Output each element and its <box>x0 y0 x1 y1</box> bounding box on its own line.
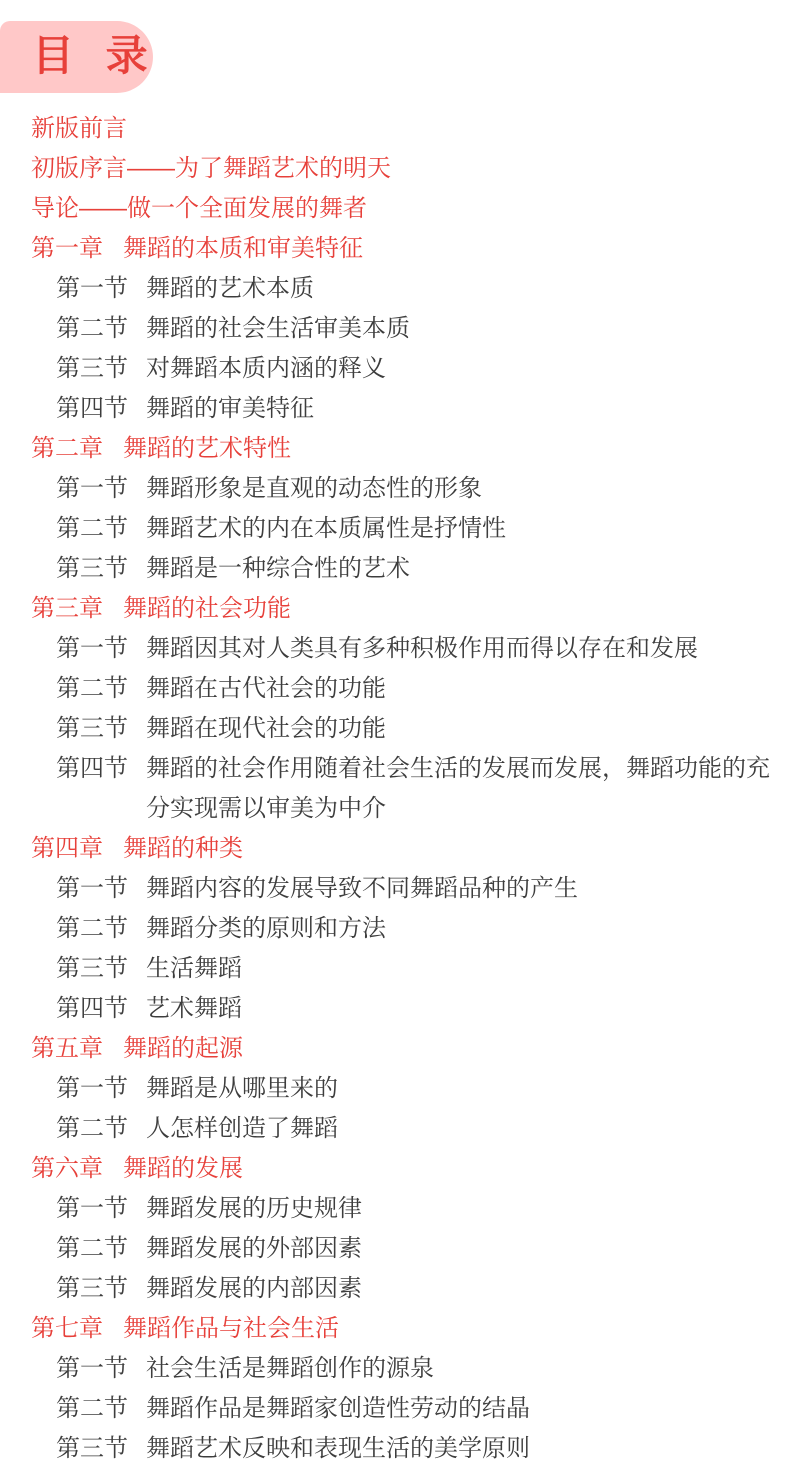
section-number-label: 第四节 <box>56 389 128 429</box>
chapter-number-label: 第七章 <box>31 1309 103 1349</box>
chapter-number-label: 第三章 <box>31 589 103 629</box>
section-entry: 第三节 舞蹈发展的内部因素 <box>0 1269 790 1309</box>
section-number-label: 第三节 <box>56 349 128 389</box>
section-title: 舞蹈在古代社会的功能 <box>146 669 386 709</box>
chapter-heading: 第七章 舞蹈作品与社会生活 <box>0 1309 790 1349</box>
chapter-title: 舞蹈的种类 <box>123 829 243 869</box>
section-number-label: 第四节 <box>56 749 128 789</box>
section-title: 舞蹈的社会作用随着社会生活的发展而发展，舞蹈功能的充分实现需以审美为中介 <box>146 749 770 829</box>
section-number-label: 第二节 <box>56 509 128 549</box>
section-number-label: 第二节 <box>56 309 128 349</box>
section-title: 舞蹈的审美特征 <box>146 389 314 429</box>
chapter-number-label: 第四章 <box>31 829 103 869</box>
section-number-label: 第四节 <box>56 989 128 1029</box>
section-title: 对舞蹈本质内涵的释义 <box>146 349 386 389</box>
section-title: 艺术舞蹈 <box>146 989 242 1029</box>
section-title: 舞蹈是一种综合性的艺术 <box>146 549 410 589</box>
section-entry: 第二节 人怎样创造了舞蹈 <box>0 1109 790 1149</box>
section-title-line: 分实现需以审美为中介 <box>146 789 770 829</box>
chapter-title: 舞蹈的发展 <box>123 1149 243 1189</box>
table-of-contents: 新版前言 初版序言——为了舞蹈艺术的明天 导论——做一个全面发展的舞者 第一章 … <box>0 109 790 1469</box>
section-title: 舞蹈形象是直观的动态性的形象 <box>146 469 482 509</box>
chapter-number-label: 第五章 <box>31 1029 103 1069</box>
section-entry: 第二节 舞蹈艺术的内在本质属性是抒情性 <box>0 509 790 549</box>
section-entry: 第一节 舞蹈因其对人类具有多种积极作用而得以存在和发展 <box>0 629 790 669</box>
front-matter-title: 导论——做一个全面发展的舞者 <box>31 189 367 229</box>
section-entry: 第四节 舞蹈的社会作用随着社会生活的发展而发展，舞蹈功能的充分实现需以审美为中介 <box>0 749 790 829</box>
section-number-label: 第二节 <box>56 909 128 949</box>
section-number-label: 第一节 <box>56 469 128 509</box>
front-matter-entry: 新版前言 <box>0 109 790 149</box>
section-title: 舞蹈分类的原则和方法 <box>146 909 386 949</box>
section-entry: 第一节 舞蹈的艺术本质 <box>0 269 790 309</box>
section-entry: 第一节 舞蹈是从哪里来的 <box>0 1069 790 1109</box>
front-matter-entry: 导论——做一个全面发展的舞者 <box>0 189 790 229</box>
section-entry: 第一节 舞蹈发展的历史规律 <box>0 1189 790 1229</box>
section-title: 舞蹈的社会生活审美本质 <box>146 309 410 349</box>
section-entry: 第四节 舞蹈的审美特征 <box>0 389 790 429</box>
section-number-label: 第一节 <box>56 269 128 309</box>
section-entry: 第三节 舞蹈是一种综合性的艺术 <box>0 549 790 589</box>
section-title: 舞蹈在现代社会的功能 <box>146 709 386 749</box>
section-entry: 第二节 舞蹈发展的外部因素 <box>0 1229 790 1269</box>
section-entry: 第二节 舞蹈作品是舞蹈家创造性劳动的结晶 <box>0 1389 790 1429</box>
section-entry: 第一节 舞蹈形象是直观的动态性的形象 <box>0 469 790 509</box>
chapter-title: 舞蹈的起源 <box>123 1029 243 1069</box>
section-entry: 第三节 生活舞蹈 <box>0 949 790 989</box>
section-entry: 第三节 舞蹈在现代社会的功能 <box>0 709 790 749</box>
section-title: 舞蹈内容的发展导致不同舞蹈品种的产生 <box>146 869 578 909</box>
section-number-label: 第三节 <box>56 549 128 589</box>
chapter-heading: 第五章 舞蹈的起源 <box>0 1029 790 1069</box>
chapter-title: 舞蹈的社会功能 <box>123 589 291 629</box>
chapter-heading: 第三章 舞蹈的社会功能 <box>0 589 790 629</box>
section-title: 舞蹈发展的外部因素 <box>146 1229 362 1269</box>
toc-header-badge-label: 目 录 <box>32 35 149 79</box>
chapter-title: 舞蹈作品与社会生活 <box>123 1309 339 1349</box>
section-title: 生活舞蹈 <box>146 949 242 989</box>
section-title: 人怎样创造了舞蹈 <box>146 1109 338 1149</box>
section-entry: 第一节 舞蹈内容的发展导致不同舞蹈品种的产生 <box>0 869 790 909</box>
section-title: 舞蹈发展的历史规律 <box>146 1189 362 1229</box>
chapter-heading: 第一章 舞蹈的本质和审美特征 <box>0 229 790 269</box>
section-title: 舞蹈艺术的内在本质属性是抒情性 <box>146 509 506 549</box>
chapter-title: 舞蹈的本质和审美特征 <box>123 229 363 269</box>
section-number-label: 第一节 <box>56 869 128 909</box>
section-entry: 第三节 舞蹈艺术反映和表现生活的美学原则 <box>0 1429 790 1469</box>
chapter-number-label: 第二章 <box>31 429 103 469</box>
chapter-title: 舞蹈的艺术特性 <box>123 429 291 469</box>
section-number-label: 第三节 <box>56 949 128 989</box>
chapter-heading: 第二章 舞蹈的艺术特性 <box>0 429 790 469</box>
section-title-line: 舞蹈的社会作用随着社会生活的发展而发展，舞蹈功能的充 <box>146 749 770 789</box>
section-title: 舞蹈艺术反映和表现生活的美学原则 <box>146 1429 530 1469</box>
section-number-label: 第二节 <box>56 1109 128 1149</box>
section-number-label: 第一节 <box>56 1069 128 1109</box>
section-number-label: 第一节 <box>56 1189 128 1229</box>
section-number-label: 第二节 <box>56 1229 128 1269</box>
section-entry: 第一节 社会生活是舞蹈创作的源泉 <box>0 1349 790 1389</box>
section-entry: 第二节 舞蹈的社会生活审美本质 <box>0 309 790 349</box>
chapter-number-label: 第六章 <box>31 1149 103 1189</box>
section-number-label: 第三节 <box>56 1269 128 1309</box>
section-entry: 第二节 舞蹈分类的原则和方法 <box>0 909 790 949</box>
section-entry: 第三节 对舞蹈本质内涵的释义 <box>0 349 790 389</box>
section-title: 舞蹈作品是舞蹈家创造性劳动的结晶 <box>146 1389 530 1429</box>
section-title: 舞蹈发展的内部因素 <box>146 1269 362 1309</box>
chapter-heading: 第四章 舞蹈的种类 <box>0 829 790 869</box>
section-entry: 第四节 艺术舞蹈 <box>0 989 790 1029</box>
section-number-label: 第二节 <box>56 1389 128 1429</box>
front-matter-title: 初版序言——为了舞蹈艺术的明天 <box>31 149 391 189</box>
section-title: 舞蹈是从哪里来的 <box>146 1069 338 1109</box>
front-matter-title: 新版前言 <box>31 109 127 149</box>
section-number-label: 第一节 <box>56 629 128 669</box>
section-number-label: 第二节 <box>56 669 128 709</box>
section-entry: 第二节 舞蹈在古代社会的功能 <box>0 669 790 709</box>
chapter-number-label: 第一章 <box>31 229 103 269</box>
chapter-heading: 第六章 舞蹈的发展 <box>0 1149 790 1189</box>
section-title: 舞蹈因其对人类具有多种积极作用而得以存在和发展 <box>146 629 698 669</box>
section-number-label: 第三节 <box>56 1429 128 1469</box>
toc-header-badge: 目 录 <box>0 21 153 93</box>
section-number-label: 第三节 <box>56 709 128 749</box>
section-title: 社会生活是舞蹈创作的源泉 <box>146 1349 434 1389</box>
front-matter-entry: 初版序言——为了舞蹈艺术的明天 <box>0 149 790 189</box>
section-number-label: 第一节 <box>56 1349 128 1389</box>
section-title: 舞蹈的艺术本质 <box>146 269 314 309</box>
